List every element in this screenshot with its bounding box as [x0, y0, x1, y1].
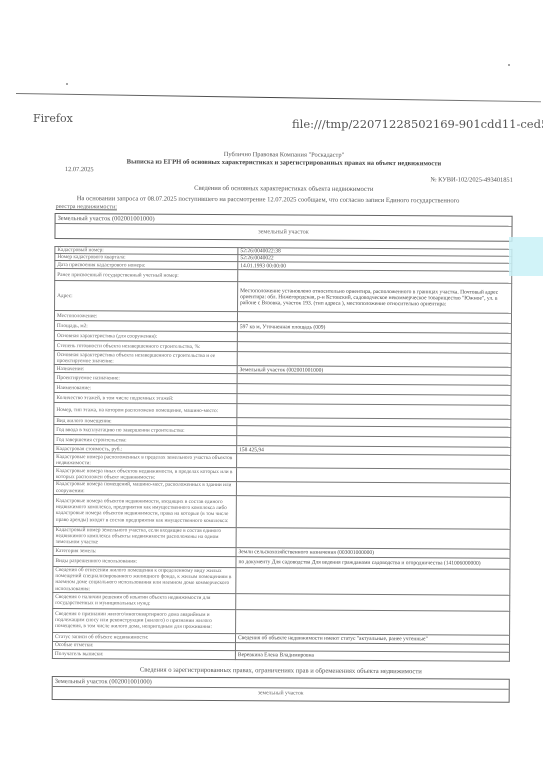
- property-value: [236, 567, 510, 595]
- egrn-extract: Публично Правовая Компания "Роскадастр" …: [52, 150, 513, 703]
- property-label: Номер, тип этажа, на котором расположено…: [54, 403, 237, 418]
- property-label: Кадастровые номера расположенных в преде…: [54, 453, 237, 468]
- browser-name: Firefox: [33, 112, 73, 125]
- rights-object-kind: земельный участок: [53, 687, 509, 702]
- property-label: Получатель выписки:: [52, 649, 235, 659]
- property-value: Местоположение установлено относительно …: [238, 282, 512, 314]
- property-value: [236, 609, 510, 635]
- table-row: Сведения о признании жилого/многоквартир…: [53, 608, 510, 635]
- scan-edge-line: [16, 93, 541, 102]
- property-value: [236, 527, 510, 549]
- table-row: Сведения об отнесении жилого помещения к…: [53, 566, 510, 595]
- property-label: Адрес:: [55, 281, 238, 312]
- table-row: Адрес:Местоположение установлено относит…: [55, 281, 512, 314]
- section-title: Сведения об основных характеристиках объ…: [55, 184, 513, 194]
- table-row: Кадастровые номера объектов недвижимости…: [53, 494, 510, 529]
- property-label: Сведения о признании жилого/многоквартир…: [53, 608, 236, 633]
- object-box: Земельный участок (002001001000) земельн…: [54, 213, 512, 242]
- property-value: [236, 593, 510, 611]
- properties-table: Кадастровый номер:52:26:0040022:38Номер …: [52, 246, 513, 662]
- intro-tail: реестра недвижимости:: [56, 204, 117, 210]
- table-row: Получатель выписки:Веревкина Елена Влади…: [52, 649, 509, 661]
- property-label: Сведения об отнесении жилого помещения к…: [53, 566, 236, 593]
- property-label: Кадастровые номера помещений, машино-мес…: [53, 481, 236, 496]
- property-label: Кадастровые номера объектов недвижимости…: [53, 494, 236, 527]
- rights-section-title: Сведения о зарегистрированных правах, ог…: [52, 666, 510, 676]
- scan-speck: [508, 64, 510, 66]
- property-value: [236, 495, 510, 529]
- property-label: Сведения о наличии решения об изъятии об…: [53, 592, 236, 609]
- table-row: Кадастровый номер земельного участка, ес…: [53, 526, 510, 549]
- intro-sentence: На основании запроса от 08.07.2025 посту…: [77, 195, 460, 204]
- object-kind: земельный участок: [55, 224, 511, 241]
- property-label: Кадастровые номера иных объектов недвижи…: [53, 467, 236, 482]
- rights-object-box: Земельный участок (002001001000) земельн…: [52, 676, 510, 703]
- date-line: 12.07.2025 № КУВИ-102/2025-493401851: [55, 165, 513, 186]
- property-label: Основная характеристика объекта незаверш…: [54, 351, 237, 366]
- document-number: № КУВИ-102/2025-493401851: [430, 176, 512, 184]
- page-url: file:///tmp/22071228502169-901cdd11-ced5…: [292, 117, 543, 131]
- scan-speck: [66, 83, 68, 85]
- property-label: Ранее присвоенный государственный учетны…: [55, 269, 238, 282]
- property-label: Кадастровый номер земельного участка, ес…: [53, 526, 236, 547]
- highlight-marker: [509, 237, 543, 276]
- document-date: 12.07.2025: [65, 166, 94, 173]
- property-value: Веревкина Елена Владимировна: [235, 650, 509, 661]
- intro-text: На основании запроса от 08.07.2025 посту…: [55, 195, 513, 214]
